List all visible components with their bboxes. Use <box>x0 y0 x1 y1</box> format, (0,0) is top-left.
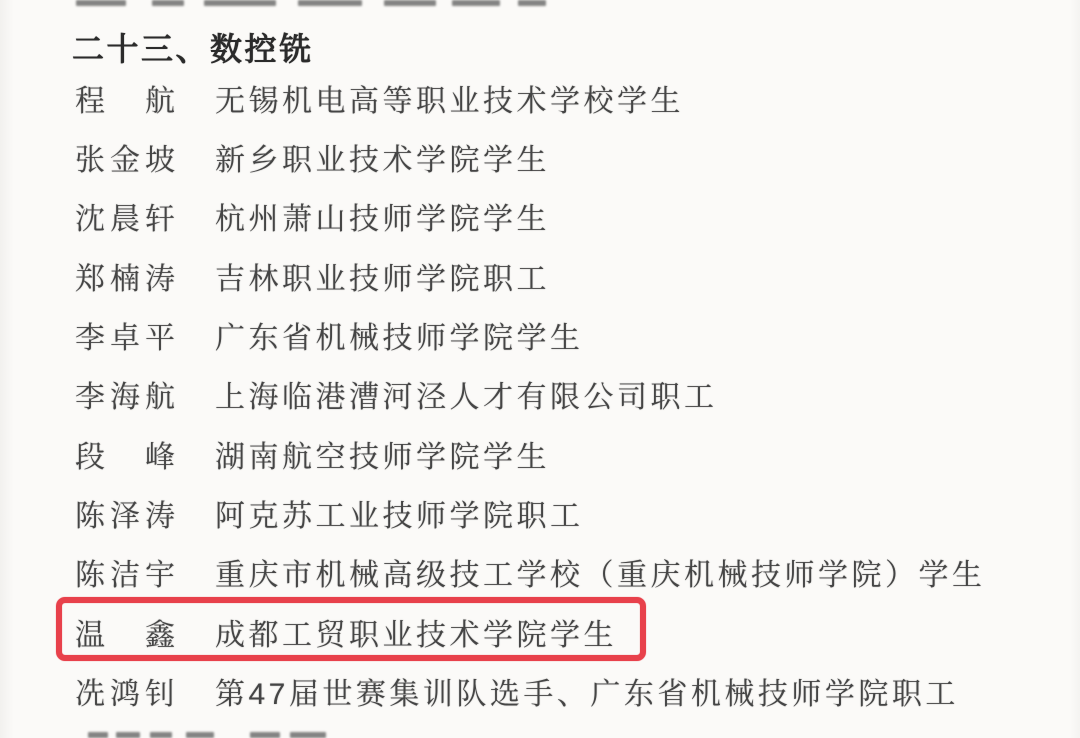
affiliation-text: 重庆市机械高级技工学校（重庆机械技师学院）学生 <box>215 561 986 591</box>
list-item: 李海航 上海临港漕河泾人才有限公司职工 <box>75 383 718 413</box>
person-name: 李海航 <box>75 383 175 413</box>
affiliation-text: 湖南航空技师学院学生 <box>215 443 550 473</box>
affiliation-text: 第47届世赛集训队选手、广东省机械技师学院职工 <box>215 680 959 710</box>
clipped-text-fragment <box>88 732 108 738</box>
document-page: 二十三、数控铣 程 航 无锡机电高等职业技术学校学生 张金坡 新乡职业技术学院学… <box>0 0 1080 738</box>
clipped-text-fragment <box>290 732 326 738</box>
list-item: 陈洁宇 重庆市机械高级技工学校（重庆机械技师学院）学生 <box>75 561 986 591</box>
list-item: 李卓平 广东省机械技师学院学生 <box>75 324 584 354</box>
section-title: 二十三、数控铣 <box>72 24 314 70</box>
affiliation-text: 无锡机电高等职业技术学校学生 <box>215 87 684 117</box>
clipped-text-fragment <box>150 732 172 738</box>
clipped-text-fragment <box>152 0 184 6</box>
clipped-text-fragment <box>186 732 214 738</box>
list-item-highlighted: 温 鑫 成都工贸职业技术学院学生 <box>75 621 617 651</box>
person-name: 郑楠涛 <box>75 265 175 295</box>
list-item: 沈晨轩 杭州萧山技师学院学生 <box>75 205 550 235</box>
person-name: 段 峰 <box>75 443 175 473</box>
list-item: 程 航 无锡机电高等职业技术学校学生 <box>75 87 684 117</box>
person-name: 李卓平 <box>75 324 175 354</box>
list-item: 张金坡 新乡职业技术学院学生 <box>75 146 550 176</box>
affiliation-text: 广东省机械技师学院学生 <box>215 324 584 354</box>
affiliation-text: 阿克苏工业技师学院职工 <box>215 502 584 532</box>
clipped-text-fragment <box>116 732 140 738</box>
clipped-text-fragment <box>452 0 500 6</box>
affiliation-text: 成都工贸职业技术学院学生 <box>215 621 617 651</box>
clipped-text-fragment <box>518 0 546 6</box>
list-item: 郑楠涛 吉林职业技师学院职工 <box>75 265 550 295</box>
list-item: 段 峰 湖南航空技师学院学生 <box>75 443 550 473</box>
affiliation-text: 上海临港漕河泾人才有限公司职工 <box>215 383 718 413</box>
affiliation-text: 杭州萧山技师学院学生 <box>215 205 550 235</box>
person-name: 陈洁宇 <box>75 561 175 591</box>
person-name: 温 鑫 <box>75 621 175 651</box>
list-item: 陈泽涛 阿克苏工业技师学院职工 <box>75 502 584 532</box>
affiliation-text: 吉林职业技师学院职工 <box>215 265 550 295</box>
clipped-text-fragment <box>298 0 362 6</box>
person-name: 陈泽涛 <box>75 502 175 532</box>
person-name: 冼鸿钊 <box>75 680 175 710</box>
clipped-text-fragment <box>384 0 436 6</box>
clipped-text-fragment <box>76 0 126 6</box>
list-item: 冼鸿钊 第47届世赛集训队选手、广东省机械技师学院职工 <box>75 680 959 710</box>
clipped-text-fragment <box>204 0 276 6</box>
person-name: 程 航 <box>75 87 175 117</box>
person-name: 张金坡 <box>75 146 175 176</box>
clipped-text-fragment <box>250 732 280 738</box>
person-name: 沈晨轩 <box>75 205 175 235</box>
affiliation-text: 新乡职业技术学院学生 <box>215 146 550 176</box>
